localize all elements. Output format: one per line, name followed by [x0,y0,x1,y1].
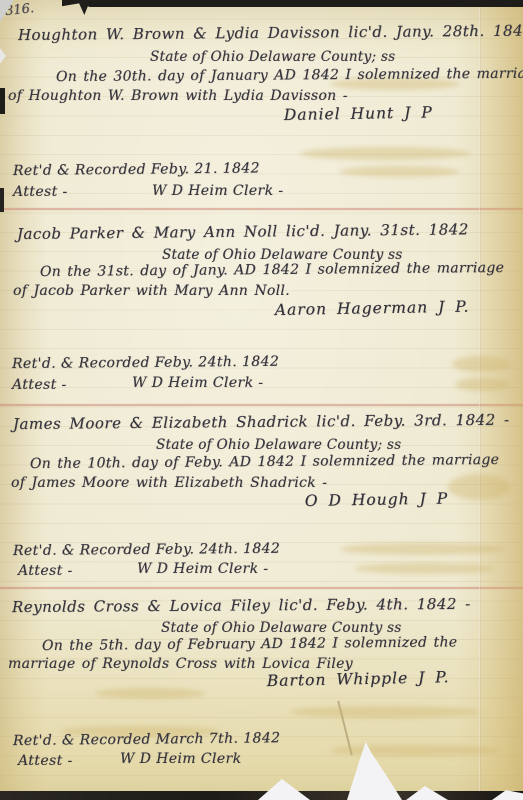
torn-edge-sliver [0,88,5,114]
ink-bleed-mark [355,563,495,574]
jurisdiction-line: State of Ohio Delaware County; ss [156,437,401,453]
solemnization-line: On the 30th. day of January AD 1842 I so… [56,66,523,85]
red-rule-divider [0,404,523,406]
attest-label: Attest - [12,377,67,393]
clerk-signature: W D Heim Clerk [120,751,241,767]
ledger-paper: 316. Houghton W. Brown & Lydia Davisson … [0,0,523,800]
page-edge-strip [481,0,523,800]
vertical-crease [479,0,481,800]
ink-bleed-mark [340,543,505,555]
attest-label: Attest - [18,753,73,769]
officiant-signature: Barton Whipple J P. [267,668,450,690]
solemnization-line: marriage of Reynolds Cross with Lovica F… [8,656,353,672]
attest-label: Attest - [18,563,73,579]
solemnization-line: of Houghton W. Brown with Lydia Davisson… [8,88,348,104]
paper-tear [258,779,310,800]
ink-bleed-mark [95,688,205,699]
torn-edge-sliver [0,48,6,64]
recorded-line: Ret'd. & Recorded Feby. 24th. 1842 [13,541,280,559]
ink-bleed-mark [330,745,500,756]
officiant-signature: Daniel Hunt J P [284,103,433,124]
officiant-signature: Aaron Hagerman J P. [275,298,470,319]
ink-bleed-mark [300,147,470,160]
ink-bleed-mark [340,166,460,177]
ink-bleed-mark [455,378,510,391]
page-edge-top [62,0,523,7]
solemnization-line: On the 10th. day of Feby. AD 1842 I sole… [30,452,499,472]
ink-bleed-mark [452,356,510,372]
ink-bleed-mark [448,474,510,500]
recorded-line: Ret'd. & Recorded March 7th. 1842 [13,730,281,749]
red-rule-divider [0,587,523,589]
ink-bleed-mark [290,706,480,718]
license-line: Reynolds Cross & Lovica Filey lic'd. Feb… [12,595,471,616]
clerk-signature: W D Heim Clerk - [132,375,263,391]
red-rule-divider [0,208,523,210]
clerk-signature: W D Heim Clerk - [137,561,268,577]
torn-edge-sliver [0,188,4,212]
recorded-line: Ret'd & Recorded Feby. 21. 1842 [13,160,260,179]
license-line: Houghton W. Brown & Lydia Davisson lic'd… [18,22,523,44]
recorded-line: Ret'd. & Recorded Feby. 24th. 1842 [12,354,279,372]
solemnization-line: of Jacob Parker with Mary Ann Noll. [13,283,290,299]
officiant-signature: O D Hough J P [305,490,449,510]
clerk-signature: W D Heim Clerk - [152,183,283,199]
jurisdiction-line: State of Ohio Delaware County ss [161,620,402,636]
solemnization-line: On the 31st. day of Jany. AD 1842 I sole… [40,260,504,280]
license-line: James Moore & Elizabeth Shadrick lic'd. … [13,411,510,433]
license-line: Jacob Parker & Mary Ann Noll lic'd. Jany… [17,220,469,243]
solemnization-line: of James Moore with Elizabeth Shadrick - [11,475,327,491]
solemnization-line: On the 5th. day of February AD 1842 I so… [42,634,458,654]
scanned-marriage-ledger-page: 316. Houghton W. Brown & Lydia Davisson … [0,0,523,800]
attest-label: Attest - [13,184,68,200]
jurisdiction-line: State of Ohio Delaware County; ss [150,49,395,65]
